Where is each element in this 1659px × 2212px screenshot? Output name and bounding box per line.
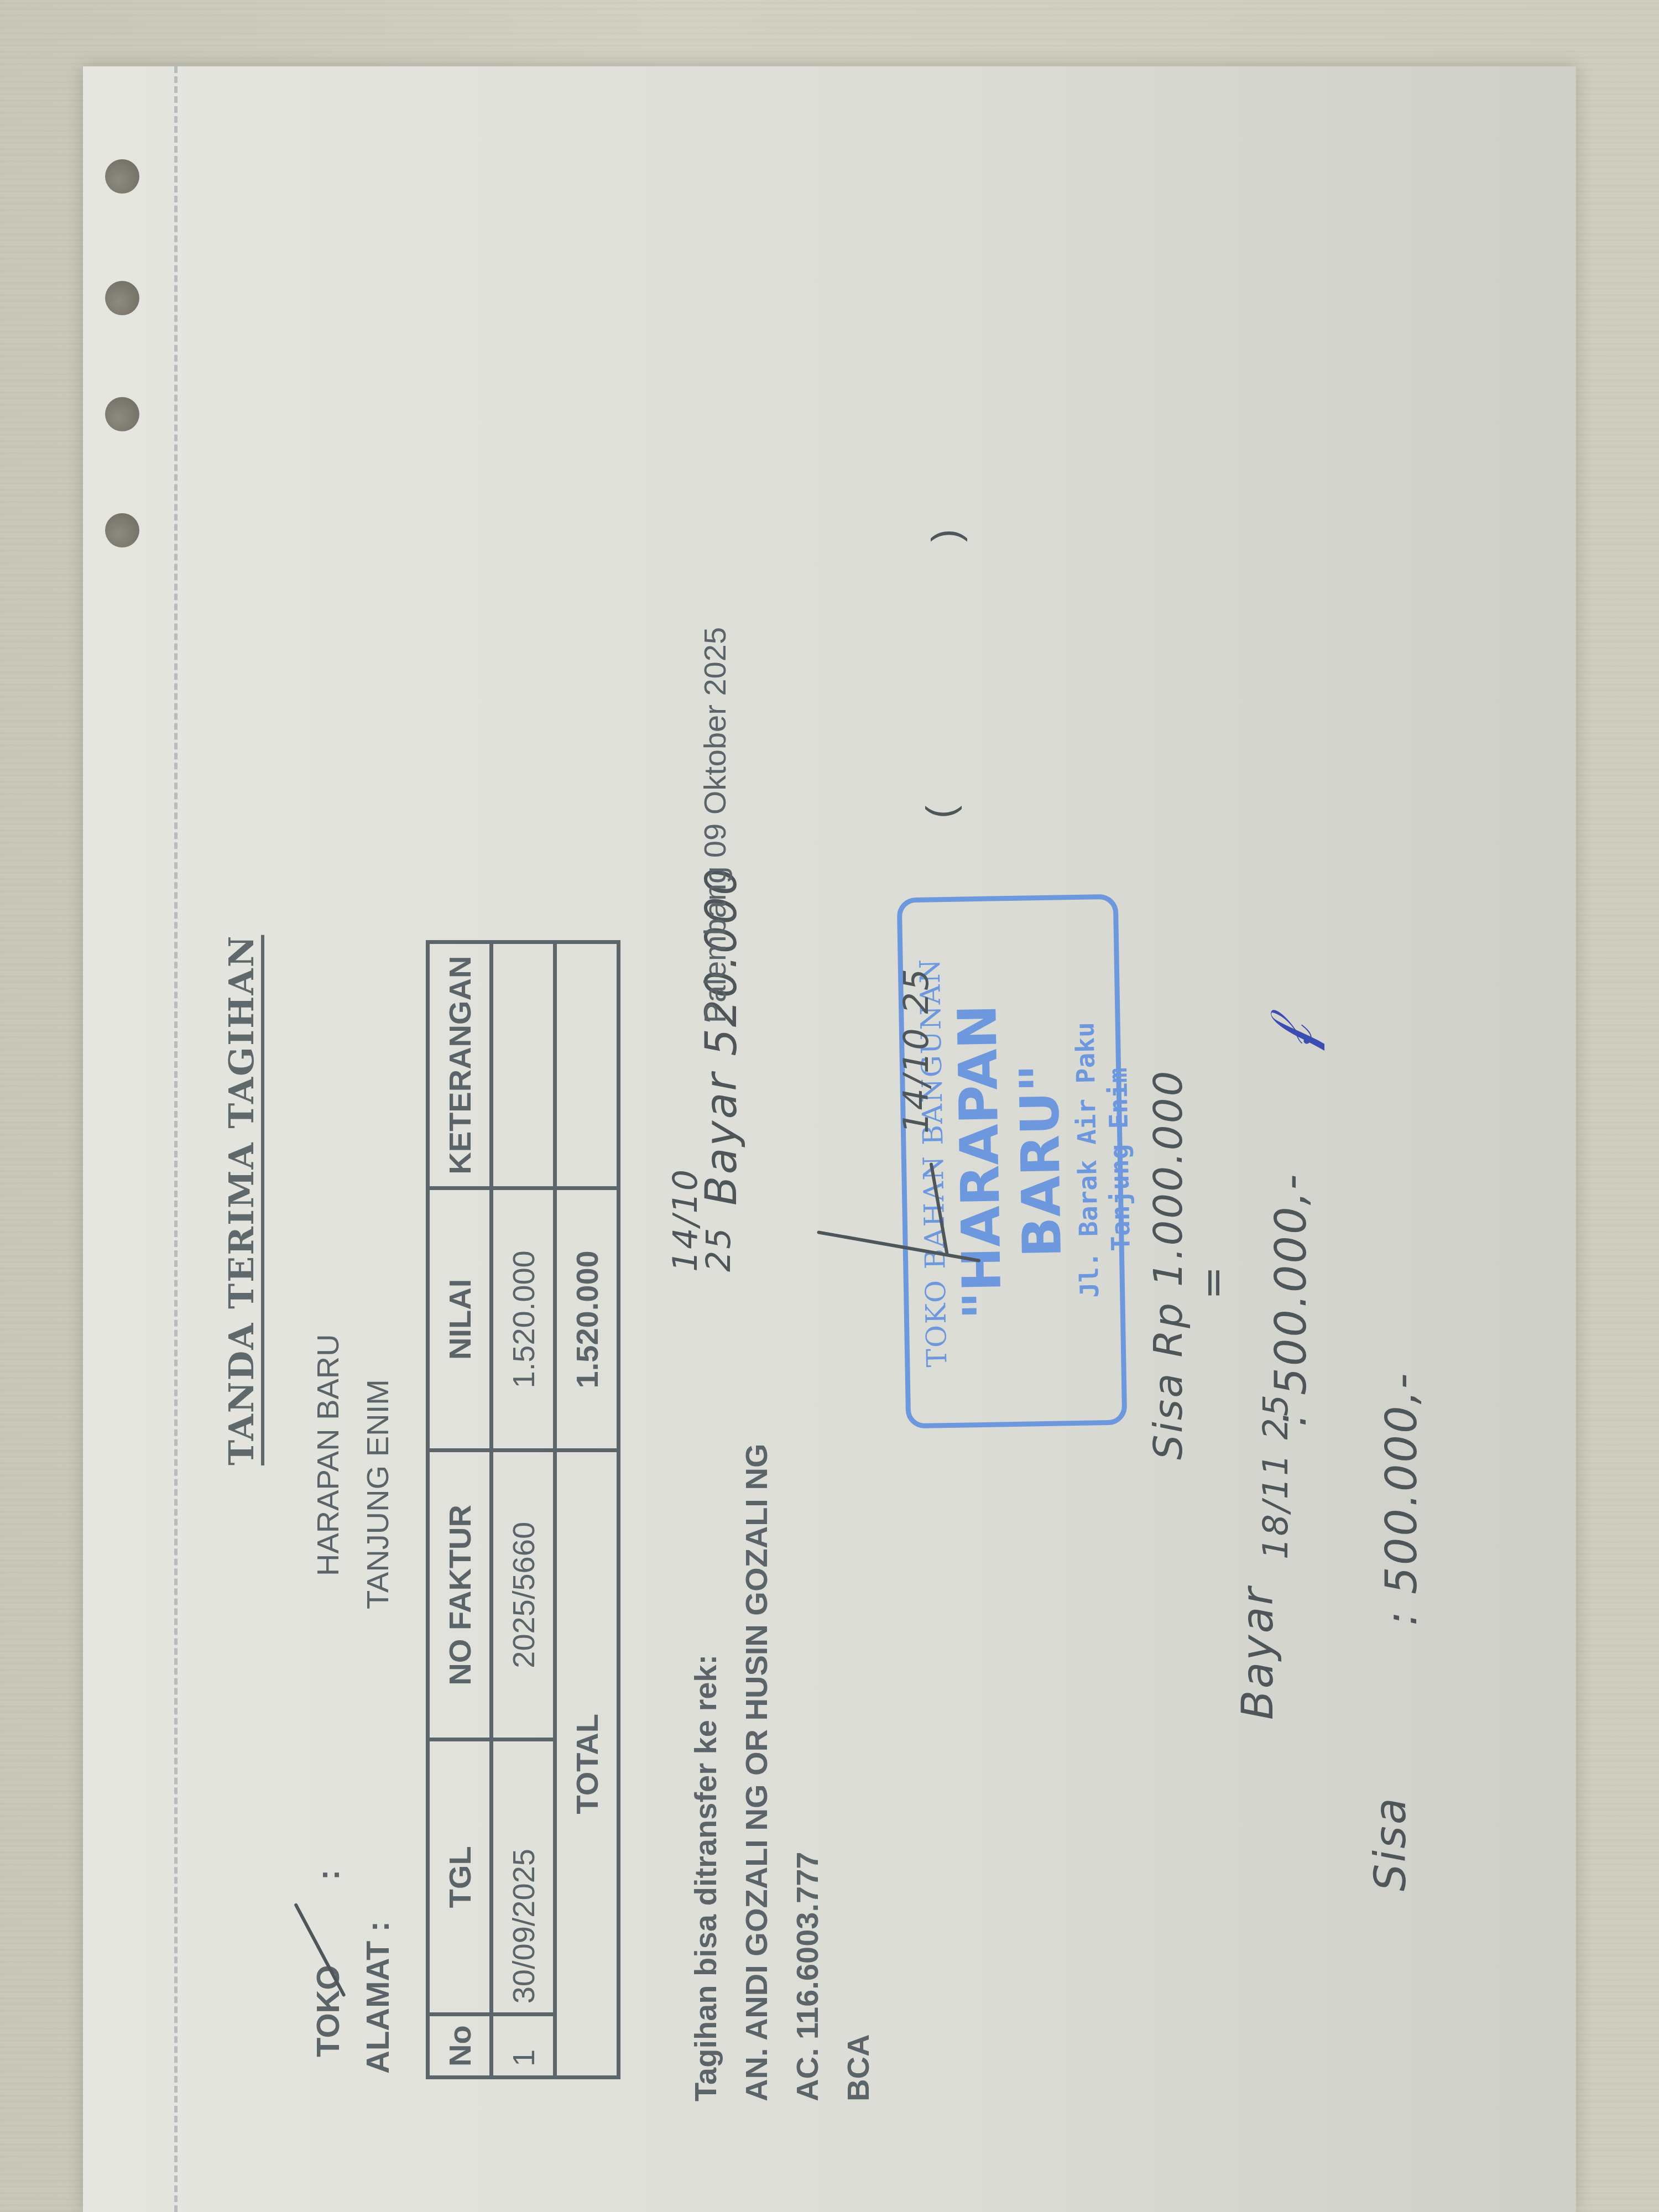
transfer-info: Tagihan bisa ditransfer ke rek: AN. ANDI… — [680, 1444, 884, 2101]
account-number: AC. 116.6003.777 — [782, 1444, 833, 2101]
table-row: 1 30/09/2025 2025/5660 1.520.000 — [492, 942, 555, 2078]
account-name: AN. ANDI GOZALI NG OR HUSIN GOZALI NG — [731, 1444, 782, 2101]
feed-hole-icon — [105, 281, 139, 315]
toko-separator: : — [310, 1870, 347, 1880]
handwritten-sisa2-label: Sisa — [1366, 1796, 1416, 1891]
handwritten-payment1-date: 14/10 25 — [669, 1211, 735, 1272]
place-date: Palembang 09 Oktober 2025 — [697, 627, 733, 1023]
col-header-no: No — [428, 2015, 492, 2078]
stamp-store-name: "HARAPAN BARU" — [945, 900, 1076, 1423]
handwritten-payment2-label: Bayar — [1233, 1586, 1283, 1720]
toko-label: TOKO — [310, 1965, 347, 2058]
alamat-label: ALAMAT : — [359, 1921, 397, 2074]
handwritten-sisa1-mark: = — [1189, 1265, 1235, 1300]
blue-initial-mark: 𝒻 — [1255, 1022, 1327, 1051]
cell-tgl: 30/09/2025 — [492, 1740, 555, 2015]
document-title: TANDA TERIMA TAGIHAN — [221, 935, 262, 1465]
cell-no-faktur: 2025/5660 — [492, 1451, 555, 1740]
invoice-table: No TGL NO FAKTUR NILAI KETERANGAN 1 30/0… — [426, 940, 620, 2079]
perforation-line — [174, 66, 178, 2212]
signature-paren-open: ( — [918, 806, 962, 818]
bank-name: BCA — [833, 1444, 884, 2101]
feed-hole-icon — [105, 397, 139, 431]
transfer-intro: Tagihan bisa ditransfer ke rek: — [680, 1444, 731, 2101]
handwritten-signoff-date: 14/10 25 — [896, 967, 936, 1134]
col-header-keterangan: KETERANGAN — [428, 942, 492, 1188]
feed-hole-icon — [105, 159, 139, 194]
cell-no: 1 — [492, 2015, 555, 2078]
handwritten-payment2-amount: : 500.000,- — [1266, 1172, 1316, 1427]
total-keterangan — [555, 942, 619, 1188]
col-header-tgl: TGL — [428, 1740, 492, 2015]
total-label: TOTAL — [555, 1451, 619, 2078]
cell-keterangan — [492, 942, 555, 1188]
invoice-receipt-paper: TANDA TERIMA TAGIHAN TOKO : HARAPAN BARU… — [83, 66, 1576, 2212]
col-header-nilai: NILAI — [428, 1188, 492, 1451]
toko-value: HARAPAN BARU — [310, 1334, 346, 1576]
handwritten-sisa1: Sisa Rp 1.000.000 — [1145, 1070, 1191, 1460]
col-header-no-faktur: NO FAKTUR — [428, 1451, 492, 1740]
signature-paren-close: ) — [924, 529, 968, 542]
alamat-value: TANJUNG ENIM — [359, 1379, 395, 1609]
feed-hole-icon — [105, 513, 139, 547]
total-value: 1.520.000 — [555, 1188, 619, 1451]
tractor-feed-strip — [83, 66, 177, 2212]
cell-nilai: 1.520.000 — [492, 1188, 555, 1451]
table-header-row: No TGL NO FAKTUR NILAI KETERANGAN — [428, 942, 492, 2078]
handwritten-sisa2-amount: : 500.000,- — [1377, 1371, 1427, 1626]
total-row: TOTAL 1.520.000 — [555, 942, 619, 2078]
